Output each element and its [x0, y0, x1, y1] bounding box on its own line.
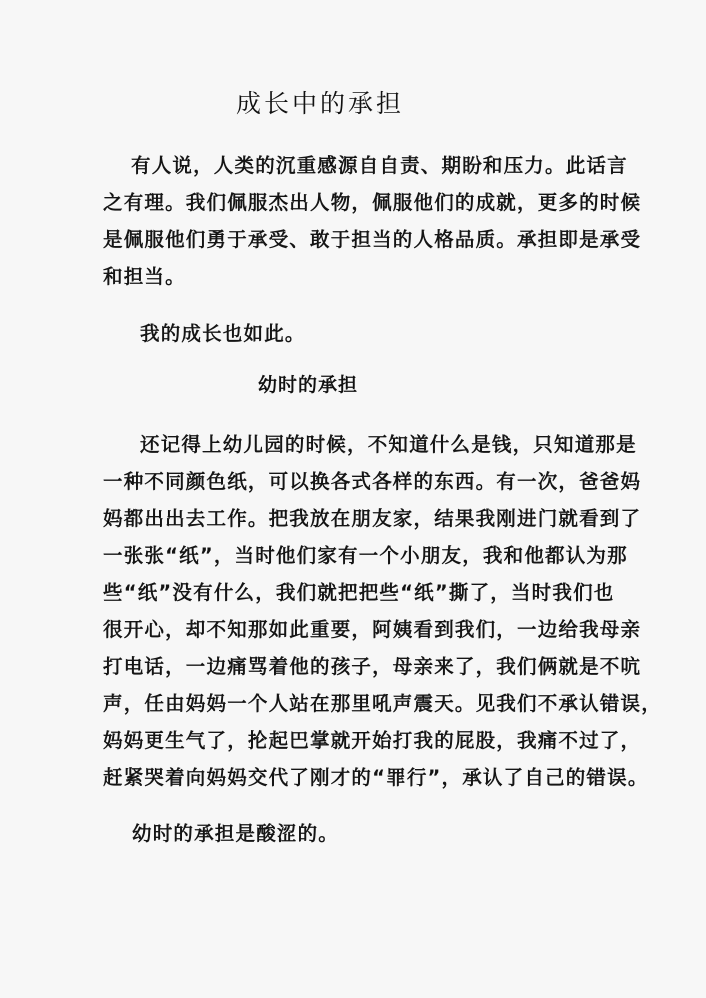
document-title: 成长中的承担 [236, 84, 404, 120]
text-line: 有人说，人类的沉重感源自自责、期盼和压力。此话言 [131, 150, 628, 178]
text-line: 赶紧哭着向妈妈交代了刚才的“罪行”，承认了自己的错误。 [103, 762, 649, 790]
text-line: 之有理。我们佩服杰出人物，佩服他们的成就，更多的时候 [103, 187, 641, 215]
text-line: 很开心，却不知那如此重要，阿姨看到我们，一边给我母亲 [103, 614, 641, 642]
section-title: 幼时的承担 [258, 370, 358, 397]
text-line: 妈妈更生气了，抡起巴掌就开始打我的屁股，我痛不过了， [103, 725, 641, 753]
text-line: 一张张“纸”，当时他们家有一个小朋友，我和他都认为那 [103, 540, 628, 568]
text-line: 和担当。 [103, 261, 186, 289]
text-line: 妈都出出去工作。把我放在朋友家，结果我刚进门就看到了 [103, 503, 641, 531]
paragraph-conclusion: 幼时的承担是酸涩的。 [132, 818, 339, 846]
text-line: 打电话，一边痛骂着他的孩子，母亲来了，我们俩就是不吭 [103, 651, 641, 679]
text-line: 是佩服他们勇于承受、敢于担当的人格品质。承担即是承受 [103, 224, 641, 252]
text-line: 声，任由妈妈一个人站在那里吼声震天。见我们不承认错误， [103, 688, 662, 716]
text-line: 些“纸”没有什么，我们就把把些“纸”撕了，当时我们也 [103, 577, 614, 605]
text-line: 还记得上幼儿园的时候，不知道什么是钱，只知道那是 [140, 429, 637, 457]
text-line: 一种不同颜色纸，可以换各式各样的东西。有一次，爸爸妈 [103, 466, 641, 494]
paragraph-growth: 我的成长也如此。 [140, 318, 306, 346]
